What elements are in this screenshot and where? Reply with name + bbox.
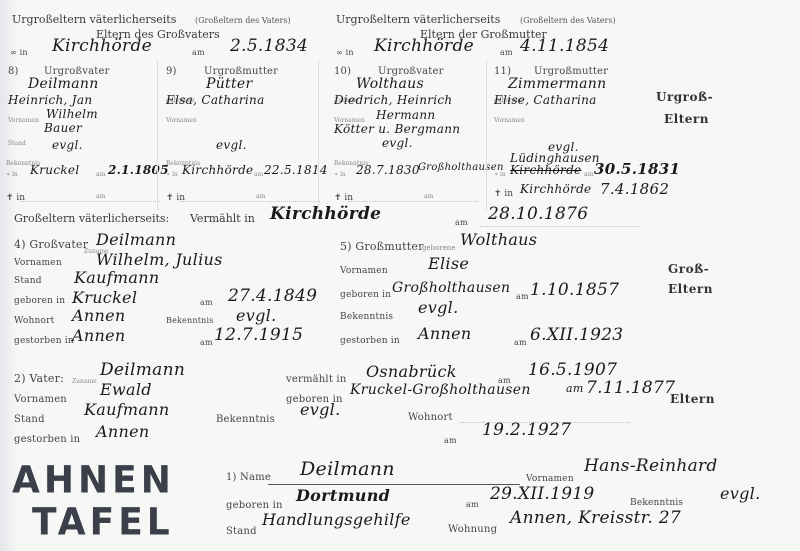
grandfather-born-date: 27.4.1849 (228, 286, 317, 306)
document-title-line2: TAFEL (32, 503, 174, 543)
grandfather-died-date: 12.7.1915 (214, 325, 303, 345)
card9-born-label: ∗ in (166, 171, 178, 178)
side-label-great-grandparents-2: Eltern (664, 112, 709, 126)
side-label-grandparents-2: Eltern (668, 282, 713, 296)
ggp-right-subheading: (Großeltern des Vaters) (520, 16, 616, 25)
father-married-place: Osnabrück (366, 362, 457, 381)
grandfather-religion-label: Bekenntnis (166, 316, 214, 325)
ggp-left-married-date: 2.5.1834 (230, 36, 308, 56)
grandmother-died-date: 6.XII.1923 (530, 325, 623, 345)
father-religion-label: Bekenntnis (216, 414, 275, 425)
card-divider (486, 60, 487, 210)
subject-occupation: Handlungsgehilfe (262, 510, 411, 529)
subject-given-label: Vornamen (526, 474, 574, 484)
card9-surname: Pütter (206, 76, 252, 92)
grandfather-residence: Annen (72, 306, 125, 325)
document-title-line1: AHNEN (12, 461, 175, 501)
card8-number: 8) (8, 66, 19, 77)
grandfather-label: 4) Großvater (14, 238, 88, 251)
card8-occupation-label: Stand (8, 140, 26, 147)
grandfather-surname: Deilmann (96, 230, 176, 249)
father-died-label: gestorben in (14, 434, 80, 445)
card11-born-label: ∗ in (494, 171, 506, 178)
card10-given-1: Diedrich, Heinrich (334, 93, 452, 107)
grandfather-died-label: gestorben in (14, 336, 74, 346)
father-label: 2) Vater: (14, 372, 64, 385)
card9-died-date-label: am (256, 193, 265, 200)
ggp-right-married-place: Kirchhörde (374, 36, 474, 56)
card8-died-line (20, 201, 160, 202)
subject-name-label: 1) Name (226, 472, 271, 483)
father-married-label: vermählt in (286, 374, 346, 385)
grandfather-died-place: Annen (72, 326, 125, 345)
father-born-date: 7.11.1877 (586, 378, 675, 398)
grandfather-born-date-label: am (200, 298, 213, 307)
grandfather-occupation: Kaufmann (74, 268, 159, 287)
card11-born-date: 30.5.1831 (594, 160, 680, 178)
card10-born-place: Großholthausen (418, 162, 488, 174)
card10-occupation: Kötter u. Bergmann (334, 122, 460, 136)
subject-religion-label: Bekenntnis (630, 498, 683, 508)
father-given-names: Ewald (100, 380, 152, 399)
card8-born-date: 2.1.1805 (108, 163, 169, 177)
grandparents-heading: Großeltern väterlicherseits: (14, 212, 169, 225)
grandmother-maiden-label: geborene (422, 244, 455, 252)
grandmother-given-label: Vornamen (340, 266, 388, 276)
card10-born-date: 28.7.1830 (356, 163, 420, 177)
ggp-right-married-label: ∞ in (336, 48, 354, 57)
card9-born-place: Kirchhörde (182, 163, 253, 177)
subject-born-date-label: am (466, 500, 479, 509)
ggp-left-heading: Urgroßeltern väterlicherseits (12, 13, 176, 26)
father-died-place: Annen (96, 422, 149, 441)
grandmother-surname: Wolthaus (460, 230, 537, 249)
grandfather-died-date-label: am (200, 338, 213, 347)
ggp-right-heading: Urgroßeltern väterlicherseits (336, 13, 500, 26)
grandmother-born-label: geboren in (340, 290, 391, 300)
father-residence-label: Wohnort (408, 412, 453, 423)
card10-died-date-label: am (424, 193, 433, 200)
card10-born-label: ∗ in (334, 171, 346, 178)
grandfather-occupation-label: Stand (14, 276, 42, 286)
father-occupation: Kaufmann (84, 400, 169, 419)
grandparents-married-place: Kirchhörde (270, 204, 381, 224)
grandfather-residence-label: Wohnort (14, 316, 54, 326)
subject-born-place: Dortmund (296, 486, 390, 505)
side-label-great-grandparents-1: Urgroß- (656, 90, 713, 104)
card11-born-date-label: am (584, 171, 593, 178)
grandmother-label: 5) Großmutter (340, 240, 424, 253)
subject-born-date: 29.XII.1919 (490, 484, 595, 504)
card11-surname: Zimmermann (508, 76, 606, 92)
card10-religion: evgl. (382, 136, 413, 150)
ggp-right-date-label: am (500, 48, 513, 57)
card8-died-date-label: am (96, 193, 105, 200)
card8-religion: evgl. (52, 138, 83, 152)
grandmother-given-names: Elise (428, 254, 469, 273)
side-label-grandparents-1: Groß- (668, 262, 709, 276)
father-born-date-label: am (566, 382, 584, 395)
card11-died-date: 7.4.1862 (600, 180, 669, 198)
ggp-left-married-label: ∞ in (10, 48, 28, 57)
ggp-right-married-date: 4.11.1854 (520, 36, 609, 56)
father-surname: Deilmann (100, 360, 185, 380)
father-occupation-label: Stand (14, 414, 45, 425)
side-label-parents: Eltern (670, 392, 715, 406)
grandmother-religion: evgl. (418, 298, 458, 317)
card10-given-2: Hermann (376, 108, 435, 122)
father-born-place: Kruckel-Großholthausen (350, 382, 531, 398)
grandfather-religion: evgl. (236, 306, 276, 325)
card11-given-names: Elise, Catharina (494, 93, 597, 107)
card9-given-label: Vornamen (166, 117, 197, 124)
father-given-label: Vornamen (14, 394, 67, 405)
card8-surname: Deilmann (28, 76, 99, 92)
grandmother-religion-label: Bekenntnis (340, 312, 393, 322)
subject-surname: Deilmann (300, 458, 395, 480)
card11-died-label: ✝ in (494, 189, 513, 199)
grandmother-born-date: 1.10.1857 (530, 280, 619, 300)
grandparents-date-label: am (455, 218, 468, 227)
grandfather-given-label: Vornamen (14, 258, 62, 268)
grandparents-married-date: 28.10.1876 (488, 204, 588, 224)
grandparents-married-label: Vermählt in (190, 212, 255, 225)
card9-born-date-label: am (254, 171, 263, 178)
card10-died-line (348, 201, 478, 202)
card9-given-names: Elsa, Catharina (166, 93, 265, 107)
card8-born-date-label: am (96, 171, 105, 178)
card11-given-label: Vornamen (494, 117, 525, 124)
grandmother-born-date-label: am (516, 292, 529, 301)
card8-occupation: Bauer (44, 121, 82, 135)
card10-number: 10) (334, 66, 351, 77)
grandfather-given-names: Wilhelm, Julius (96, 250, 223, 269)
card8-born-label: ∗ in (6, 171, 18, 178)
ggp-left-subheading: (Großeltern des Vaters) (195, 16, 291, 25)
card8-born-place: Kruckel (30, 163, 79, 177)
subject-religion: evgl. (720, 484, 760, 503)
grandmother-born-place: Großholthausen (392, 280, 510, 296)
father-died-date: 19.2.1927 (482, 420, 571, 440)
card-divider (318, 60, 319, 210)
grandfather-born-label: geboren in (14, 296, 65, 306)
card11-born-place-struck: Kirchhörde (510, 163, 581, 177)
ggp-left-date-label: am (192, 48, 205, 57)
card11-died-place: Kirchhörde (520, 182, 591, 196)
card10-surname: Wolthaus (356, 76, 424, 92)
father-married-date: 16.5.1907 (528, 360, 617, 380)
father-religion: evgl. (300, 400, 340, 419)
card8-given-1: Heinrich, Jan (8, 93, 92, 107)
card9-number: 9) (166, 66, 177, 77)
subject-given-names: Hans-Reinhard (584, 456, 718, 476)
ggp-left-married-place: Kirchhörde (52, 36, 152, 56)
card8-given-2: Wilhelm (46, 107, 98, 121)
grandmother-died-date-label: am (514, 338, 527, 347)
subject-residence-label: Wohnung (448, 524, 497, 535)
grandfather-born-place: Kruckel (72, 288, 137, 307)
father-surname-label: Zuname (72, 378, 97, 385)
father-died-date-label: am (444, 436, 457, 445)
grandmother-died-label: gestorben in (340, 336, 400, 346)
subject-occupation-label: Stand (226, 526, 257, 537)
subject-name-line (268, 484, 520, 485)
grandmother-died-place: Annen (418, 324, 471, 343)
card9-died-line (180, 201, 320, 202)
card8-given-label: Vornamen (8, 117, 39, 124)
card9-religion: evgl. (216, 138, 247, 152)
subject-residence: Annen, Kreisstr. 27 (510, 508, 681, 528)
grandparents-date-line (480, 226, 640, 227)
card-divider (157, 60, 158, 210)
